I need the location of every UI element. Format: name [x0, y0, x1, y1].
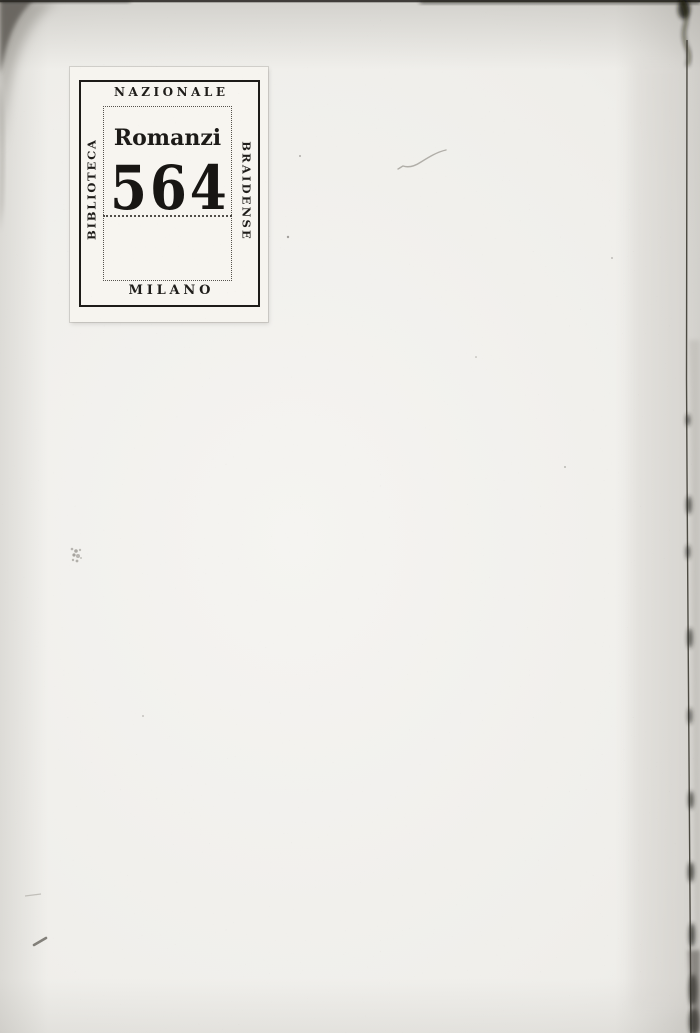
- speckle-smudge: [71, 548, 82, 563]
- bookplate-category: Romanzi: [104, 127, 231, 149]
- library-bookplate: NAZIONALE BIBLIOTECA BRAIDENSE MILANO Ro…: [70, 67, 268, 322]
- top-right-drip-mark: [678, 0, 690, 66]
- bottom-left-marks: [25, 894, 46, 945]
- right-margin-grain: [600, 0, 700, 1033]
- bookplate-right-text: BRAIDENSE: [239, 139, 252, 241]
- right-edge-crease: [686, 40, 700, 1033]
- bookplate-inner-box: Romanzi 564: [103, 106, 232, 281]
- pencil-swoosh-mark: [398, 150, 446, 169]
- bookplate-bottom-text: MILANO: [81, 284, 258, 299]
- top-scan-edge: [0, 0, 700, 4]
- bookplate-outer-border: NAZIONALE BIBLIOTECA BRAIDENSE MILANO Ro…: [79, 80, 260, 307]
- right-margin-mottle: [632, 60, 687, 1010]
- bookplate-top-text: NAZIONALE: [81, 86, 258, 100]
- bookplate-left-text: BIBLIOTECA: [85, 138, 98, 242]
- scanned-book-page: NAZIONALE BIBLIOTECA BRAIDENSE MILANO Ro…: [0, 0, 700, 1033]
- bookplate-shelf-number: 564: [107, 158, 228, 218]
- top-left-curl-shadow: [0, 0, 58, 232]
